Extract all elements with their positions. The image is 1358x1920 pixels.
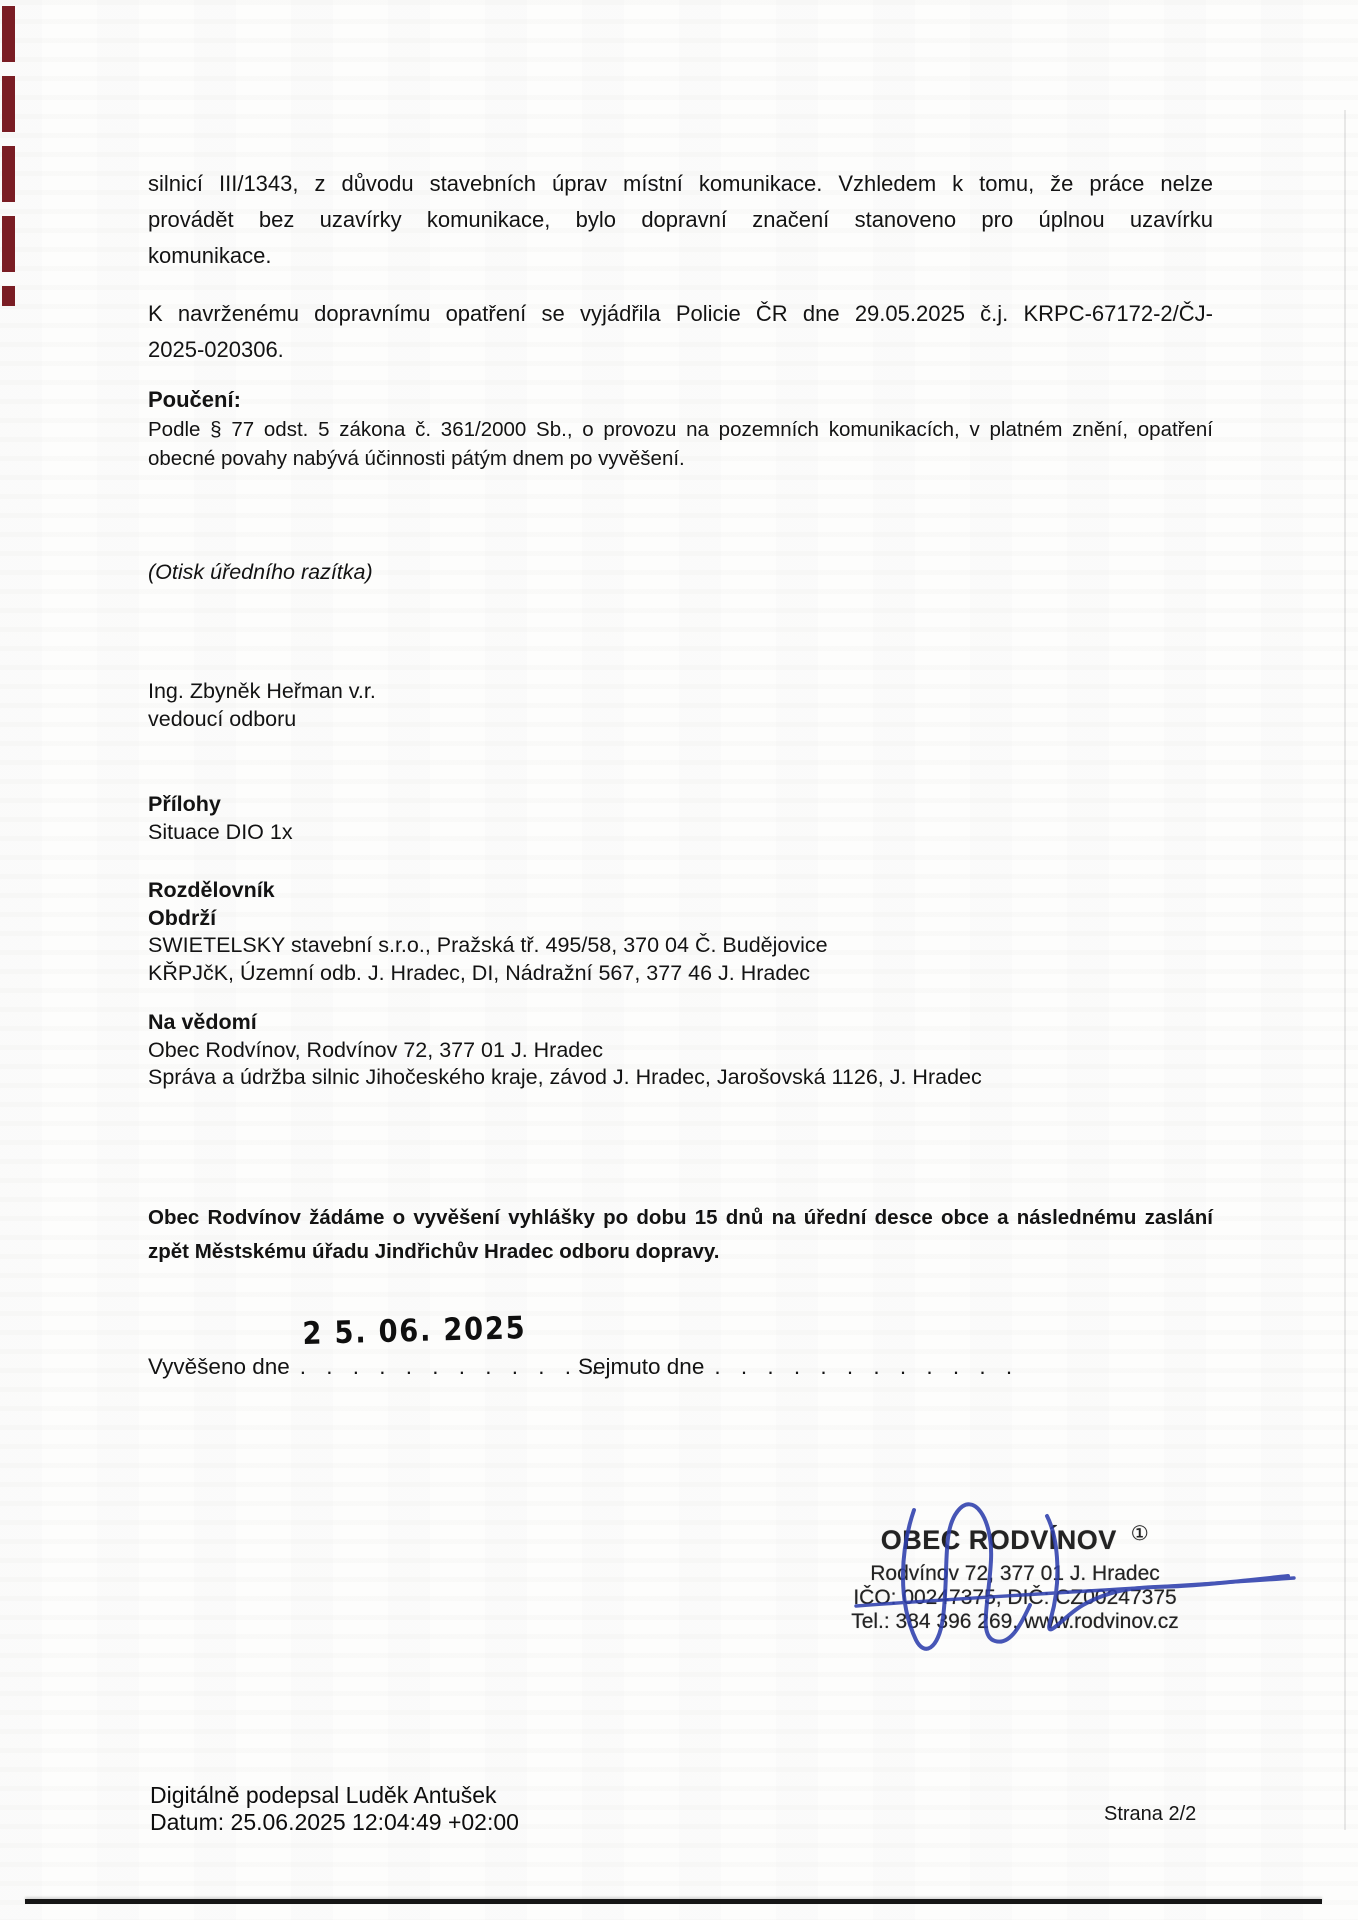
fyi-recipient: Správa a údržba silnic Jihočeského kraje…: [148, 1064, 1213, 1092]
fyi-recipient: Obec Rodvínov, Rodvínov 72, 377 01 J. Hr…: [148, 1037, 1213, 1065]
posting-request-paragraph: Obec Rodvínov žádáme o vyvěšení vyhlášky…: [148, 1201, 1213, 1269]
request-line: zpět Městskému úřadu Jindřichův Hradec o…: [148, 1235, 1213, 1269]
attachments-item: Situace DIO 1x: [148, 819, 1213, 847]
removed-date-row: Sejmuto dne. . . . . . . . . . . .: [578, 1352, 1019, 1382]
fyi-section: Na vědomí Obec Rodvínov, Rodvínov 72, 37…: [148, 1009, 1213, 1092]
distribution-heading: Rozdělovník: [148, 877, 1213, 905]
body-line: komunikace.: [148, 238, 1213, 274]
body-line: provádět bez uzavírky komunikace, bylo d…: [148, 202, 1213, 238]
body-line: silnicí III/1343, z důvodu stavebních úp…: [148, 166, 1213, 202]
obtain-recipient: KŘPJčK, Územní odb. J. Hradec, DI, Nádra…: [148, 960, 1213, 988]
attachments-heading: Přílohy: [148, 791, 1213, 819]
paragraph-police-statement: K navrženému dopravnímu opatření se vyjá…: [148, 296, 1213, 368]
posted-dotted-line: . . . . . . . . . . . .: [300, 1354, 605, 1379]
digital-signed-by: Digitálně podepsal Luděk Antušek: [150, 1782, 519, 1809]
removed-label: Sejmuto dne: [578, 1354, 704, 1379]
attachments-section: Přílohy Situace DIO 1x: [148, 791, 1213, 846]
body-line: 2025-020306.: [148, 332, 1213, 368]
stamp-name-text: OBEC RODVÍNOV: [881, 1525, 1117, 1555]
request-line: Obec Rodvínov žádáme o vyvěšení vyhlášky…: [148, 1201, 1213, 1235]
advisory-line: obecné povahy nabývá účinnosti pátým dne…: [148, 445, 1213, 474]
date-rubber-stamp: 2 5. 06. 2025: [302, 1310, 527, 1352]
signer-block: Ing. Zbyněk Heřman v.r. vedoucí odboru: [148, 678, 1213, 733]
official-seal-note: (Otisk úředního razítka): [148, 560, 1213, 585]
scan-artifact-red-bar: [2, 6, 15, 306]
municipal-stamp: OBEC RODVÍNOV① Rodvínov 72, 377 01 J. Hr…: [845, 1519, 1185, 1634]
obtain-recipient: SWIETELSKY stavební s.r.o., Pražská tř. …: [148, 932, 1213, 960]
paragraph-road-closure: silnicí III/1343, z důvodu stavebních úp…: [148, 166, 1213, 274]
obtain-heading: Obdrží: [148, 905, 1213, 933]
digital-signature-footer: Digitálně podepsal Luděk Antušek Datum: …: [150, 1782, 519, 1835]
scan-bottom-edge: [25, 1899, 1322, 1904]
scanned-document-page: silnicí III/1343, z důvodu stavebních úp…: [0, 0, 1358, 1920]
stamp-ids: IČO: 00247375, DIČ: CZ00247375: [845, 1586, 1185, 1610]
distribution-section: Rozdělovník Obdrží SWIETELSKY stavební s…: [148, 877, 1213, 987]
stamp-municipality-name: OBEC RODVÍNOV①: [845, 1519, 1185, 1555]
removed-dotted-line: . . . . . . . . . . . .: [714, 1354, 1019, 1379]
posted-date-row: Vyvěšeno dne. . . . . . . . . . . .: [148, 1352, 605, 1382]
advisory-section: Poučení: Podle § 77 odst. 5 zákona č. 36…: [148, 384, 1213, 473]
signer-title: vedoucí odboru: [148, 706, 1213, 734]
fyi-heading: Na vědomí: [148, 1009, 1213, 1037]
advisory-line: Podle § 77 odst. 5 zákona č. 361/2000 Sb…: [148, 416, 1213, 445]
stamp-number-marker: ①: [1131, 1523, 1149, 1545]
page-number: Strana 2/2: [1104, 1803, 1196, 1826]
digital-signed-date: Datum: 25.06.2025 12:04:49 +02:00: [150, 1809, 519, 1836]
stamp-address: Rodvínov 72, 377 01 J. Hradec: [845, 1562, 1185, 1586]
stamp-contact: Tel.: 384 396 269, www.rodvinov.cz: [845, 1610, 1185, 1634]
signer-name: Ing. Zbyněk Heřman v.r.: [148, 678, 1213, 706]
scan-edge-line: [1344, 110, 1346, 1830]
advisory-heading: Poučení:: [148, 384, 1213, 416]
body-line: K navrženému dopravnímu opatření se vyjá…: [148, 296, 1213, 332]
posted-label: Vyvěšeno dne: [148, 1354, 290, 1379]
